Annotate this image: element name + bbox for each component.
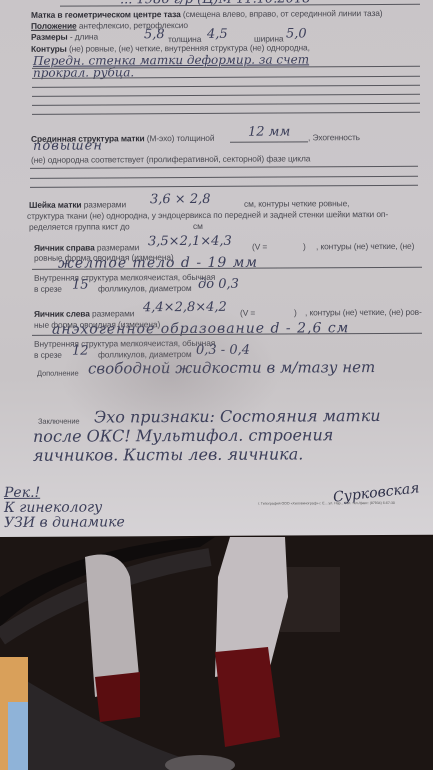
ultrasound-report-sheet: ... 1986 г/р (Ц)М 11.10.2018 Матка в гео… — [0, 0, 433, 537]
right-ovary-follicle-label: фолликулов, диаметром — [98, 283, 192, 293]
conclusion-line3: яичников. Кисты лев. яичника. — [33, 444, 303, 464]
right-ovary-volume-label: (V = — [252, 242, 267, 252]
right-ovary-contours: , контуры (не) четкие, (не) — [316, 241, 414, 252]
conclusion-line1: Эхо признаки: Состояния матки — [94, 406, 381, 427]
conclusion-label: Заключение — [38, 417, 79, 426]
uterus-width-value: 5,0 — [286, 26, 307, 41]
cycle-phase-text: (не) однородна соответствует (пролиферат… — [31, 153, 310, 164]
echogenicity-value: повышен — [33, 138, 103, 153]
echogenicity-label: , Эхогенность — [308, 132, 360, 142]
left-ovary-contours: , контуры (не) четкие, (не) ров- — [305, 307, 422, 318]
cervix-size-label: размерами — [84, 199, 126, 209]
uterus-length-value: 5,8 — [144, 27, 165, 42]
cervix-size-value: 3,6 × 2,8 — [150, 192, 211, 207]
form-rule — [30, 176, 418, 179]
uterus-position-row: Матка в геометрическом центре таза (смещ… — [31, 8, 382, 20]
right-ovary-follicle-diameter: до 0,3 — [198, 277, 239, 292]
form-rule — [32, 94, 420, 97]
right-ovary-size-label: размерами — [97, 242, 139, 252]
uterus-size-row: Размеры - длина — [31, 31, 98, 41]
recommendation-line3: УЗИ в динамике — [4, 514, 125, 531]
right-ovary-structure: Внутренняя структура мелкоячеистая, обыч… — [34, 272, 215, 283]
contour-label: Контуры — [31, 44, 67, 54]
cervix-contours: см, контуры четкие ровные, — [244, 198, 349, 209]
conclusion-line2: после ОКС! Мультифол. строения — [33, 425, 333, 446]
cervix-structure: структура ткани (не) однородна, у эндоце… — [27, 209, 388, 221]
form-rule — [32, 112, 420, 115]
endometrium-suffix: (М-эхо) толщиной — [147, 133, 215, 143]
recommendation-line1: Рек.! — [4, 485, 40, 501]
background-photo — [0, 537, 433, 770]
uterus-position-label: Матка в геометрическом центре таза — [31, 9, 181, 20]
cervix-cyst-unit: см — [193, 221, 203, 231]
uterus-thickness-value: 4,5 — [207, 27, 228, 42]
right-ovary-row: Яичник справа размерами — [34, 242, 139, 253]
cervix-label: Шейка матки — [29, 200, 81, 210]
form-rule — [30, 166, 418, 169]
form-rule — [30, 185, 418, 188]
cervix-cyst-label: ределяется группа кист до — [29, 221, 130, 232]
form-rule — [32, 85, 420, 88]
right-ovary-size-value: 3,5×2,1×4,3 — [148, 234, 232, 249]
right-ovary-volume-close: ) — [303, 241, 306, 251]
length-label: - длина — [70, 31, 98, 41]
recommendation-line2: К гинекологу — [4, 499, 102, 516]
floor-scene-image — [0, 537, 433, 770]
left-ovary-section-label: в срезе — [34, 350, 62, 360]
uterus-position-options: (смещена влево, вправо, от серединной ли… — [183, 8, 383, 19]
right-ovary-follicle-count: 15 — [72, 278, 89, 293]
left-ovary-volume-close: ) — [294, 307, 297, 317]
m-echo-blank — [230, 141, 308, 142]
orientation-options: антефлексио, ретрофлексио — [79, 20, 188, 31]
printer-info: г. Типография ООО «Хиловинограф» г. Е...… — [258, 501, 395, 506]
right-ovary-label: Яичник справа — [34, 243, 95, 253]
cervix-row1: Шейка матки размерами — [29, 199, 126, 210]
right-ovary-section-label: в срезе — [34, 284, 62, 294]
m-echo-thickness-value: 12 мм — [248, 124, 290, 139]
size-label: Размеры — [31, 32, 68, 42]
orientation-label: Положение — [31, 21, 77, 31]
form-rule — [32, 103, 420, 106]
